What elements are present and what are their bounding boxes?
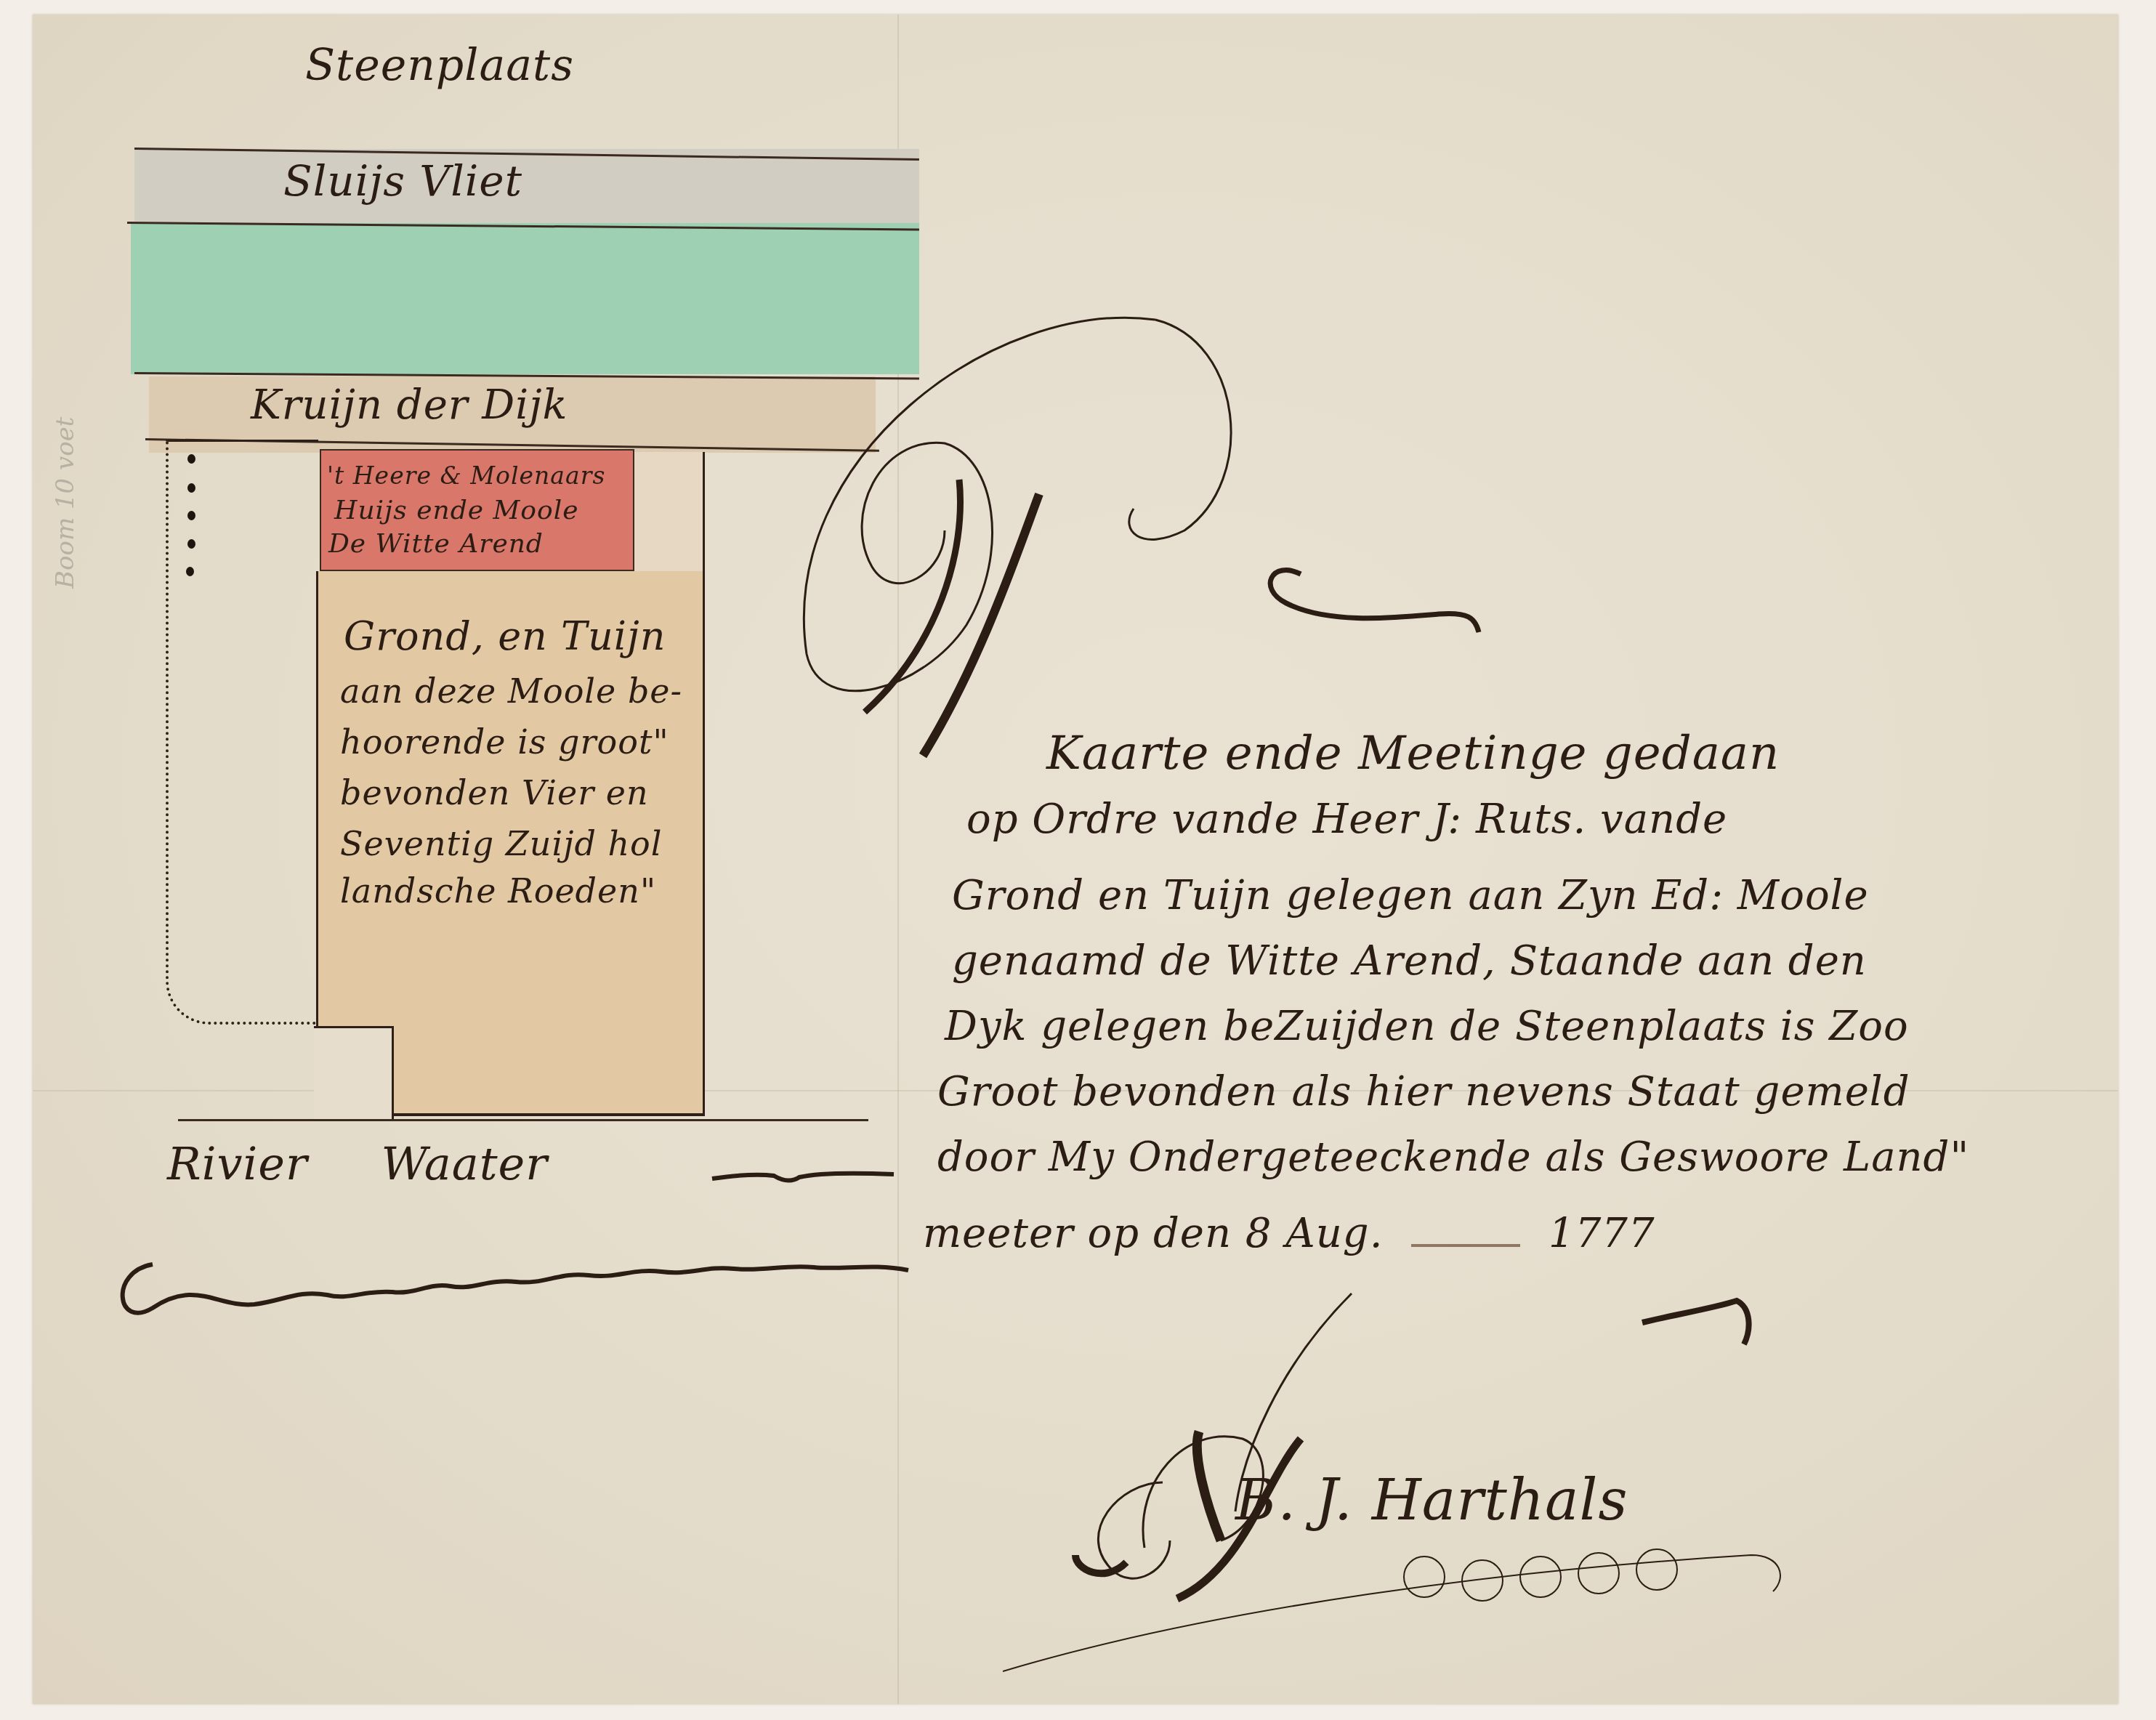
parcel-strip-right (634, 452, 705, 571)
cert-meeter-op-den: meeter op den (923, 1210, 1245, 1257)
marker-dot (187, 539, 195, 549)
pencil-margin-note: Boom 10 voet (51, 416, 80, 589)
parcel-line-3: hoorende is groot" (340, 720, 669, 764)
parcel-line-4: bevonden Vier en (340, 771, 649, 815)
decorative-initial-flourish (778, 312, 1650, 785)
cert-date-day: 8 (1245, 1210, 1272, 1257)
cert-line-2: op Ordre vande Heer J: Ruts. vande (966, 796, 1727, 843)
parcel-line-2: aan deze Moole be- (340, 669, 682, 713)
cert-line-3: Grond en Tuijn gelegen aan Zyn Ed: Moole (952, 872, 1869, 919)
band-sluijs-vliet (134, 149, 919, 225)
marker-dot (186, 567, 194, 576)
label-steenplaats: Steenplaats (305, 40, 574, 91)
cert-line-7: door My Ondergeteeckende als Geswoore La… (937, 1134, 1969, 1181)
river-wave-long (109, 1250, 923, 1337)
parcel-notch (314, 1026, 394, 1121)
parcel-line-1: Grond, en Tuijn (344, 615, 666, 658)
cert-line-8: meeter op den 8 Aug. 1777 (923, 1210, 1655, 1257)
house-line-2: Huijs ende Moole (334, 496, 578, 526)
marker-dot (187, 454, 195, 464)
cert-line-1: Kaarte ende Meetinge gedaan (1046, 727, 1780, 780)
marker-dot (187, 483, 195, 493)
cert-line-4: genaamd de Witte Arend, Staande aan den (952, 937, 1867, 985)
signature: B. J. Harthals (1235, 1468, 1628, 1533)
marker-dot (187, 511, 195, 520)
cert-line-5: Dyk gelegen beZuijden de Steenplaats is … (945, 1003, 1909, 1050)
cert-date-year: 1777 (1549, 1210, 1655, 1257)
label-rivier-waater: Rivier Waater (167, 1137, 548, 1190)
riverbank-line (178, 1119, 868, 1121)
date-dash (1411, 1244, 1520, 1247)
house-line-3: De Witte Arend (328, 529, 544, 560)
cert-line-6: Groot bevonden als hier nevens Staat gem… (937, 1068, 1910, 1115)
parcel-line-6: landsche Roeden" (340, 869, 656, 913)
house-line-1: 't Heere & Molenaars (327, 461, 605, 491)
label-sluijs-vliet: Sluijs Vliet (283, 156, 522, 206)
cert-date-month: Aug. (1285, 1210, 1383, 1257)
river-wave-short (708, 1163, 897, 1192)
house-mill-box: 't Heere & Molenaars Huijs ende Moole De… (320, 449, 634, 571)
parcel-line-5: Seventig Zuijd hol (340, 822, 663, 865)
dotted-boundary (166, 440, 318, 1025)
label-kruijn-der-dijk: Kruijn der Dijk (251, 381, 568, 429)
